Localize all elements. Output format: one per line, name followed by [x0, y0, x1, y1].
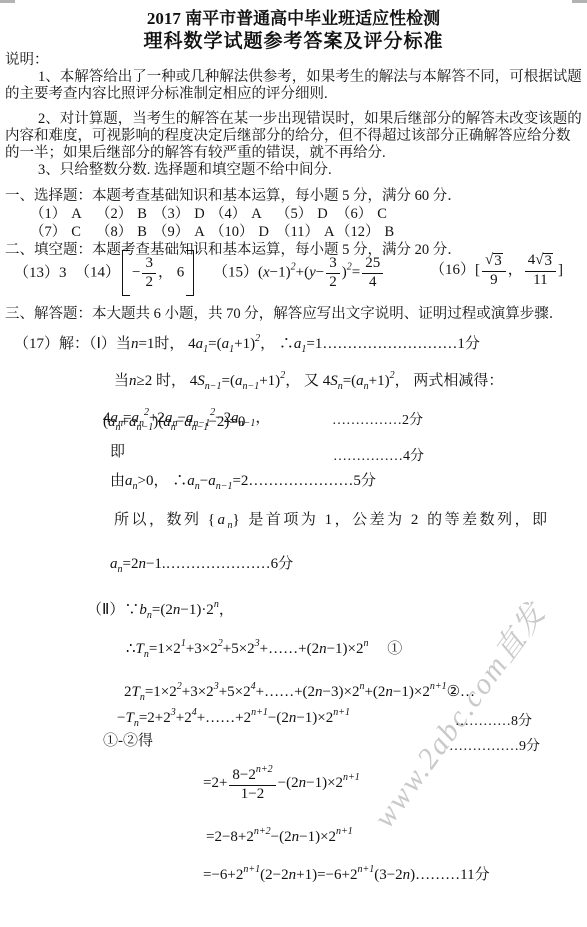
q17-score-9: ……………9分	[449, 735, 540, 755]
answer-sheet-page: www.2abc.com直发 2017 南平市普通高中毕业班适应性检测 理科数学…	[0, 0, 587, 927]
q17-ji-label: 即	[110, 443, 125, 462]
note-item-3: 3、只给整数分数. 选择题和填空题不给中间分.	[5, 162, 583, 179]
note-item-2: 2、对计算题，当考生的解答在某一步出现错误时，如果后继部分的解答未改变该题的内容…	[5, 111, 583, 162]
q17-score-4: ……………4分	[333, 445, 424, 465]
q17-score-8: …………8分	[455, 710, 532, 730]
notes-label: 说明：	[5, 52, 583, 69]
blank-answer-14: （14）−32， 6	[75, 250, 196, 296]
q17-line-you: 由an>0， ∴an−an−1=2…………………5分	[110, 472, 376, 494]
blank-answer-15: （15）(x−1)2+(y−32)2=254	[213, 256, 385, 291]
document-title-line2: 理科数学试题参考答案及评分标准	[0, 26, 587, 53]
q17-line-eq1: =2+8−2n+21−2−(2n−1)×2n+1	[203, 765, 360, 803]
q17-score-2: ……………2分	[332, 409, 423, 429]
q17-line-suoyi: 所以，数列 {an} 是首项为 1，公差为 2 的等差数列，即	[114, 511, 550, 533]
q17-line-tn: ∴Tn=1×21+3×22+5×23+……+(2n−1)×2n ①	[126, 638, 402, 662]
q17-overlap-formula-b: (an+an−1)(an−an−1−2)=0	[103, 413, 245, 435]
q17-line-1minus2: ①-②得	[103, 732, 153, 751]
solution-section-header: 三、解答题：本大题共 6 小题，共 70 分，解答应写出文字说明、证明过程或演算…	[5, 302, 563, 323]
document-content: 2017 南平市普通高中毕业班适应性检测 理科数学试题参考答案及评分标准 说明：…	[0, 0, 587, 927]
q17-line-eq2: =2−8+2n+2−(2n−1)×2n+1	[206, 826, 353, 847]
blank-answer-16: （16）[√39，4√311]	[430, 253, 563, 289]
q17-line-bn: （Ⅱ）∵bn=(2n−1)·2n，	[87, 599, 234, 623]
q17-line-2tn: 2Tn=1×22+3×23+5×24+……+(2n−3)×2n+(2n−1)×2…	[124, 681, 475, 705]
blank-answer-13: （13）3	[14, 264, 67, 283]
q17-line-2: 当n≥2 时， 4Sn−1=(an−1+1)2， 又 4Sn=(an+1)2， …	[114, 370, 503, 394]
q17-line-eq3: =−6+2n+1(2−2n+1)=−6+2n+1(3−2n)………11分	[203, 864, 490, 885]
q17-line-1: （17）解：（Ⅰ）当n=1时， 4a1=(a1+1)2， ∴a1=1…………………	[14, 333, 480, 357]
q17-line-negtn: −Tn=2+23+24+……+2n+1−(2n−1)×2n+1	[117, 707, 350, 731]
note-item-1: 1、本解答给出了一种或几种解法供参考，如果考生的解法与本解答不同，可根据试题的主…	[5, 69, 583, 103]
q17-line-an: an=2n−1.…………………6分	[110, 555, 293, 577]
